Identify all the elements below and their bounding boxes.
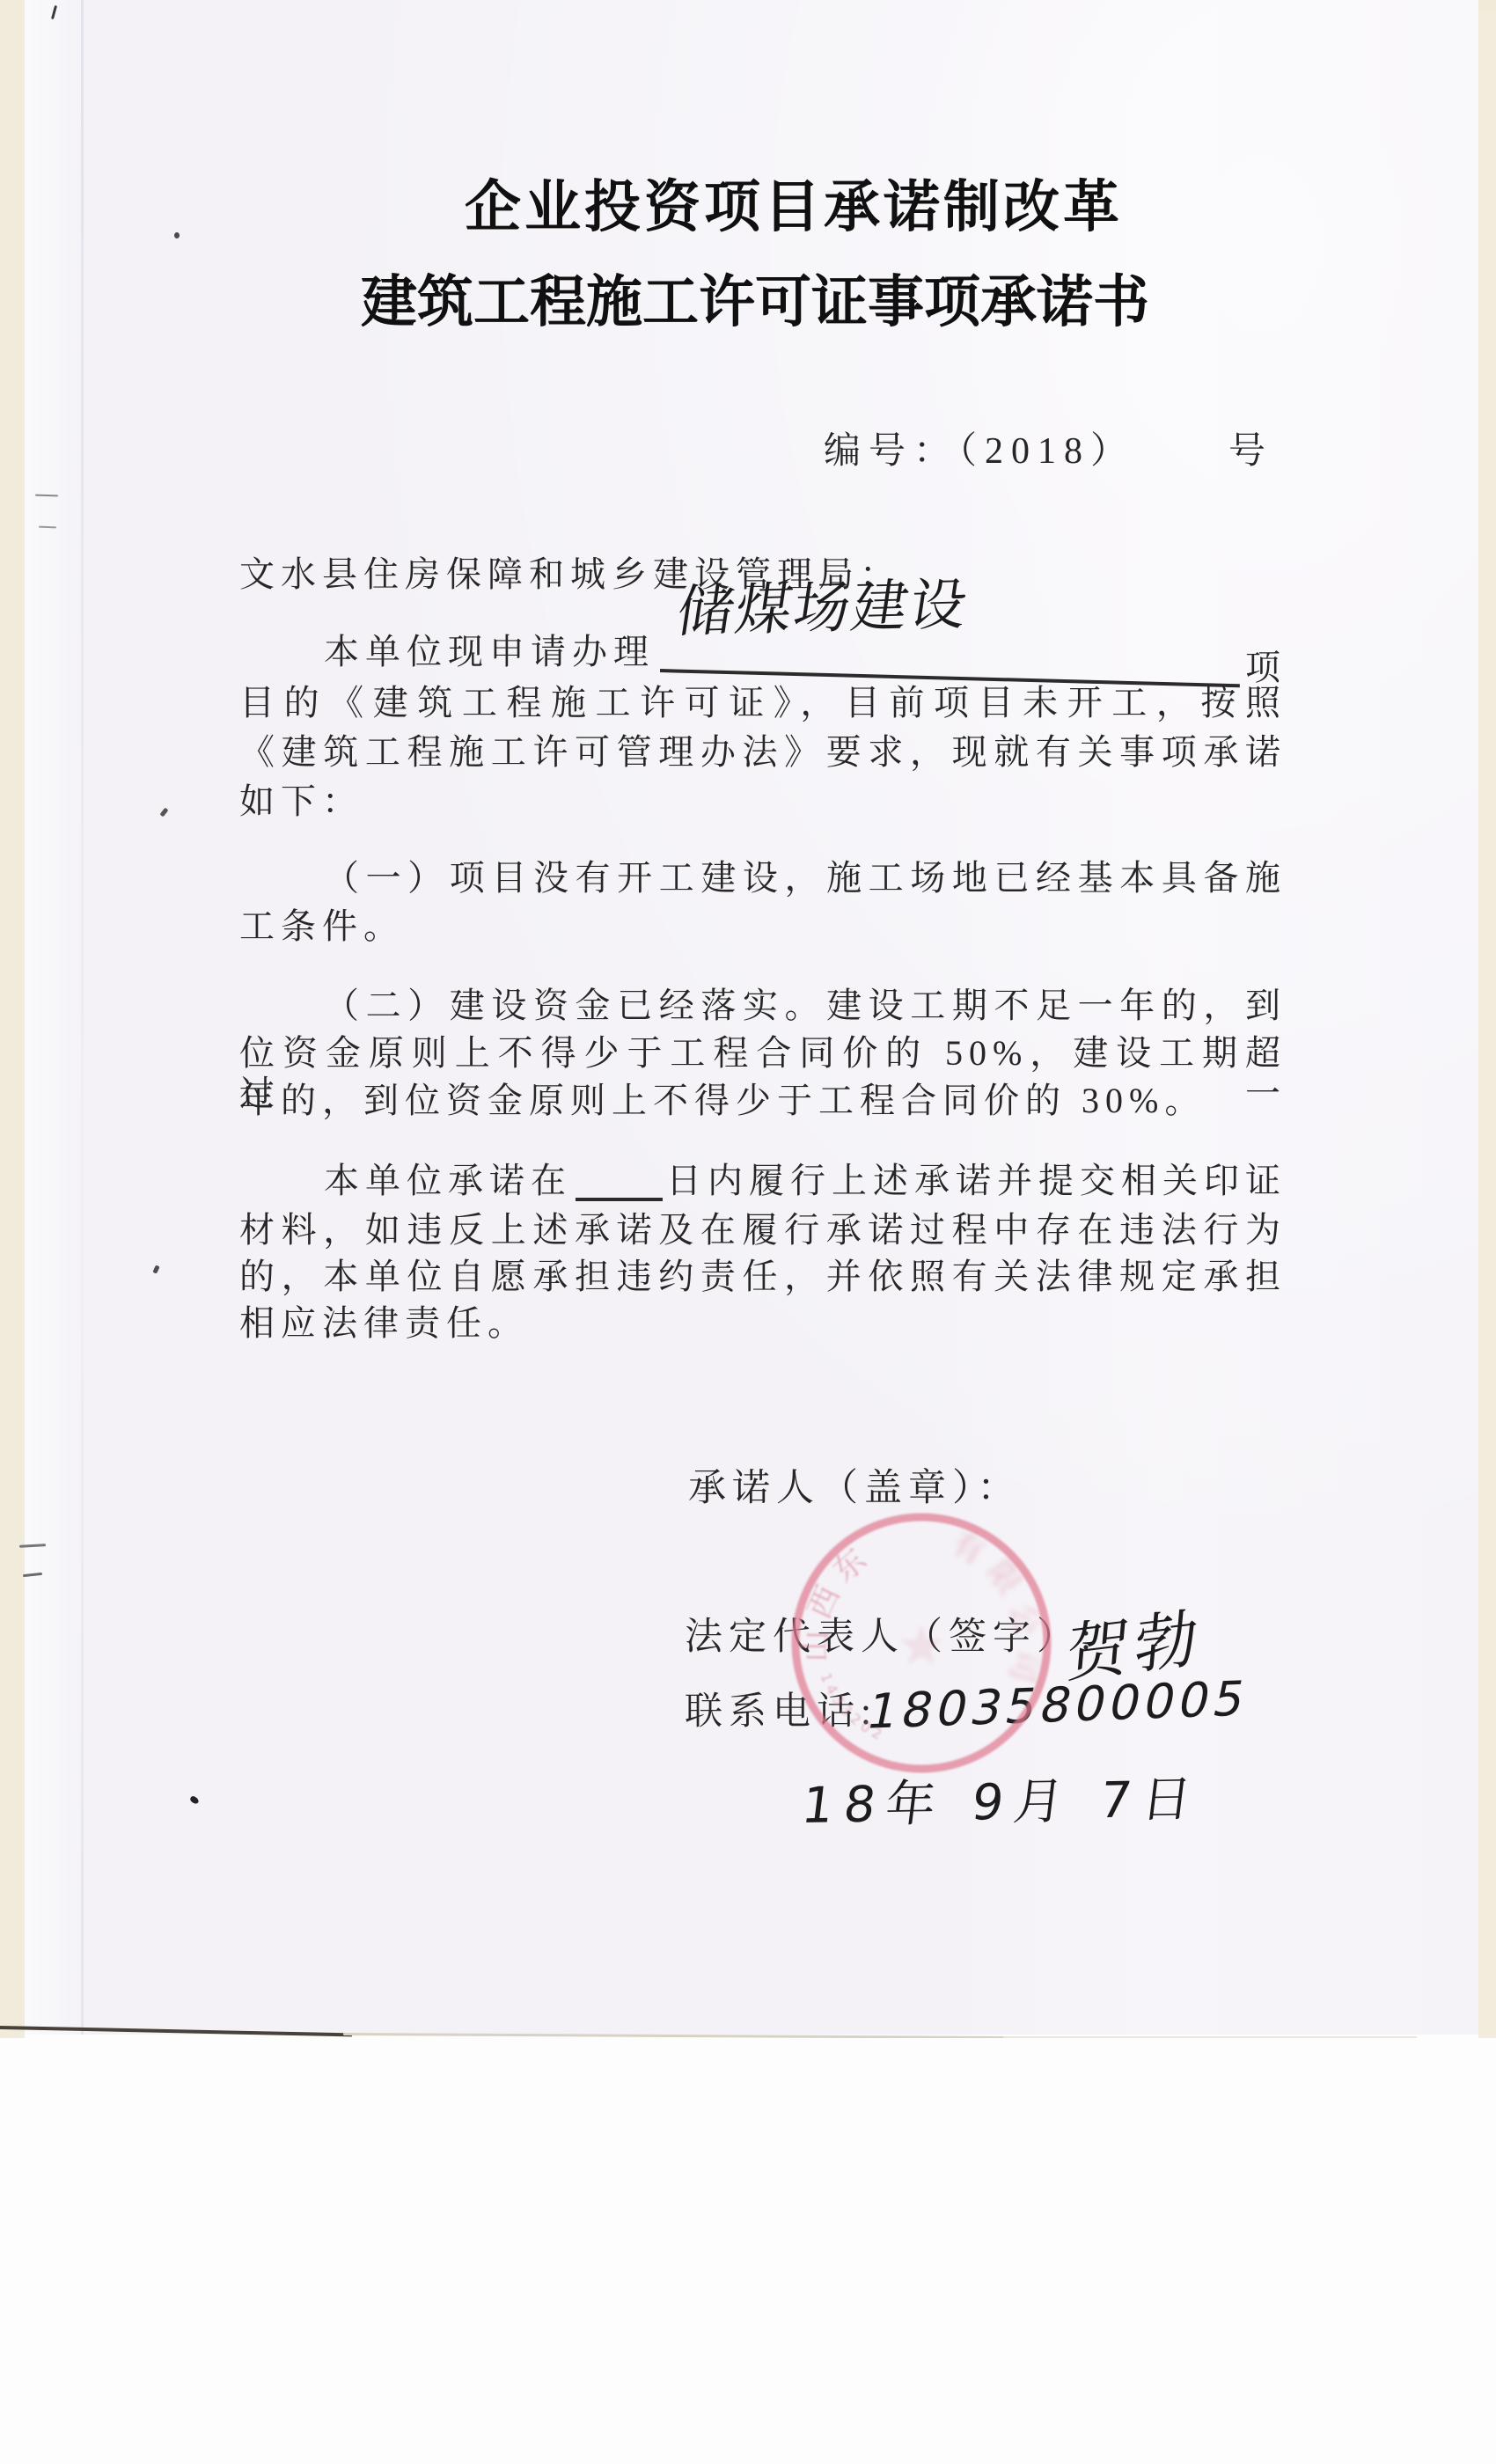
seal-code-digits: 1433202: [818, 1670, 889, 1744]
item1-line1: （一）项目没有开工建设，施工场地已经基本具备施: [324, 858, 1287, 898]
days-blank-underline: [576, 1168, 663, 1201]
scanner-edge-right: [1478, 0, 1496, 2050]
scanned-document-screenshot: { "doc": { "title_line1": "企业投资项目承诺制改革",…: [0, 0, 1496, 2464]
document-title-line2: 建筑工程施工许可证事项承诺书: [361, 271, 1149, 333]
promise-paragraph-line1: 本单位承诺在 日内履行上述承诺并提交相关印证: [324, 1161, 1287, 1201]
promise-after-blank-text: 日内履行上述承诺并提交相关印证: [666, 1161, 1287, 1201]
apply-paragraph-line2: 目的《建筑工程施工许可证》，目前项目未开工，按照: [239, 683, 1287, 723]
paper-fold-shadow: [81, 0, 84, 2035]
project-name-handwriting: 储煤场建设: [675, 584, 972, 633]
apply-paragraph-line3: 《建筑工程施工许可管理办法》要求，现就有关事项承诺: [239, 732, 1287, 773]
apply-paragraph-line1: 本单位现申请办理 储煤场建设 项: [324, 632, 1287, 672]
item2-line1: （二）建设资金已经落实。建设工期不足一年的，到: [324, 986, 1287, 1026]
scanner-area-below-paper: [0, 2038, 1496, 2464]
promise-paragraph-line3: 的，本单位自愿承担违约责任，并依照有关法律规定承担: [239, 1257, 1287, 1297]
scan-speck: [174, 232, 180, 238]
serial-number-suffix: 号: [1228, 431, 1272, 472]
item1-line2: 工条件。: [239, 906, 405, 947]
scanner-edge-left: [0, 0, 25, 2040]
promise-paragraph-line4: 相应法律责任。: [239, 1303, 529, 1344]
company-seal-stamp: 山西东 有限公司 1433202 ★: [763, 1485, 1080, 1801]
promise-lead-text: 本单位承诺在: [324, 1161, 572, 1201]
seal-arc-text: 山西东: [798, 1536, 880, 1661]
seal-center-star: ★: [896, 1615, 946, 1677]
apply-paragraph-line4: 如下：: [239, 781, 363, 822]
promise-paragraph-line2: 材料，如违反上述承诺及在履行承诺过程中存在违法行为: [239, 1210, 1287, 1250]
apply-lead-text: 本单位现申请办理: [324, 632, 655, 672]
item2-line3: 年的，到位资金原则上不得少于工程合同价的 30%。: [239, 1081, 1206, 1121]
seal-arc-text-blurred: 有限公司: [946, 1525, 1046, 1697]
document-title-line1: 企业投资项目承诺制改革: [465, 176, 1123, 238]
serial-number-prefix: 编号：（2018）: [824, 431, 1135, 472]
